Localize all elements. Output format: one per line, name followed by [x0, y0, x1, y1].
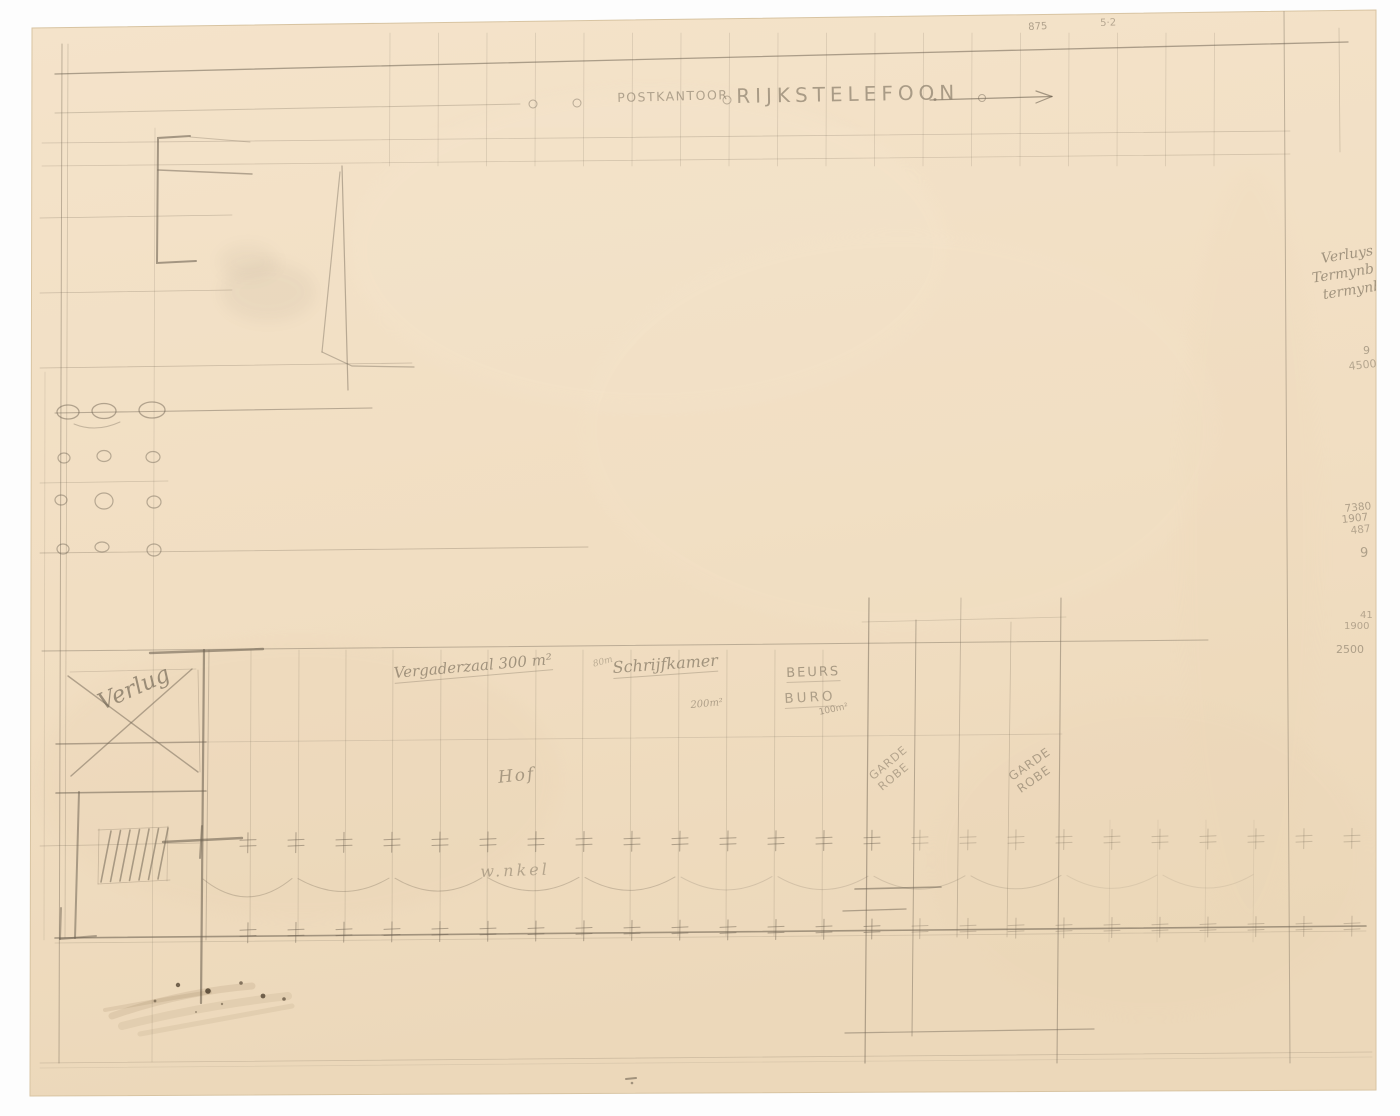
label-verlug: Verlug — [94, 661, 174, 716]
label-winkel: w.nkel — [480, 860, 550, 881]
note-2500: 2500 — [1336, 643, 1364, 656]
label-garderobe-right: GARDE ROBE — [1006, 745, 1062, 797]
note-1900: 1900 — [1344, 621, 1369, 632]
note-9a: 9 — [1363, 344, 1370, 357]
label-schrijfkamer-area: 200m² — [690, 697, 723, 711]
scanned-drawing: POSTKANTOOR RIJKSTELEFOON Vergaderzaal 3… — [0, 0, 1400, 1116]
note-487: 487 — [1350, 523, 1371, 537]
note-9b: 9 — [1360, 546, 1368, 561]
label-vergaderzaal: Vergaderzaal 300 m² — [393, 650, 553, 684]
note-41: 41 — [1360, 610, 1373, 621]
label-schrijfkamer-prefix: 80m — [592, 655, 614, 670]
note-875: 875 — [1028, 21, 1048, 33]
label-hof: Hof — [497, 764, 536, 788]
label-postkantoor: POSTKANTOOR — [617, 87, 729, 105]
label-beurs: BEURS — [786, 664, 840, 683]
label-rijkstelefoon: RIJKSTELEFOON — [736, 80, 959, 108]
note-5-2: 5·2 — [1100, 17, 1116, 29]
handwritten-annotations: POSTKANTOOR RIJKSTELEFOON Vergaderzaal 3… — [0, 0, 1400, 1116]
note-4500: 4500 — [1348, 357, 1377, 373]
label-schrijfkamer: Schrijfkamer — [612, 651, 719, 679]
label-garderobe-left: GARDE ROBE — [866, 743, 919, 794]
